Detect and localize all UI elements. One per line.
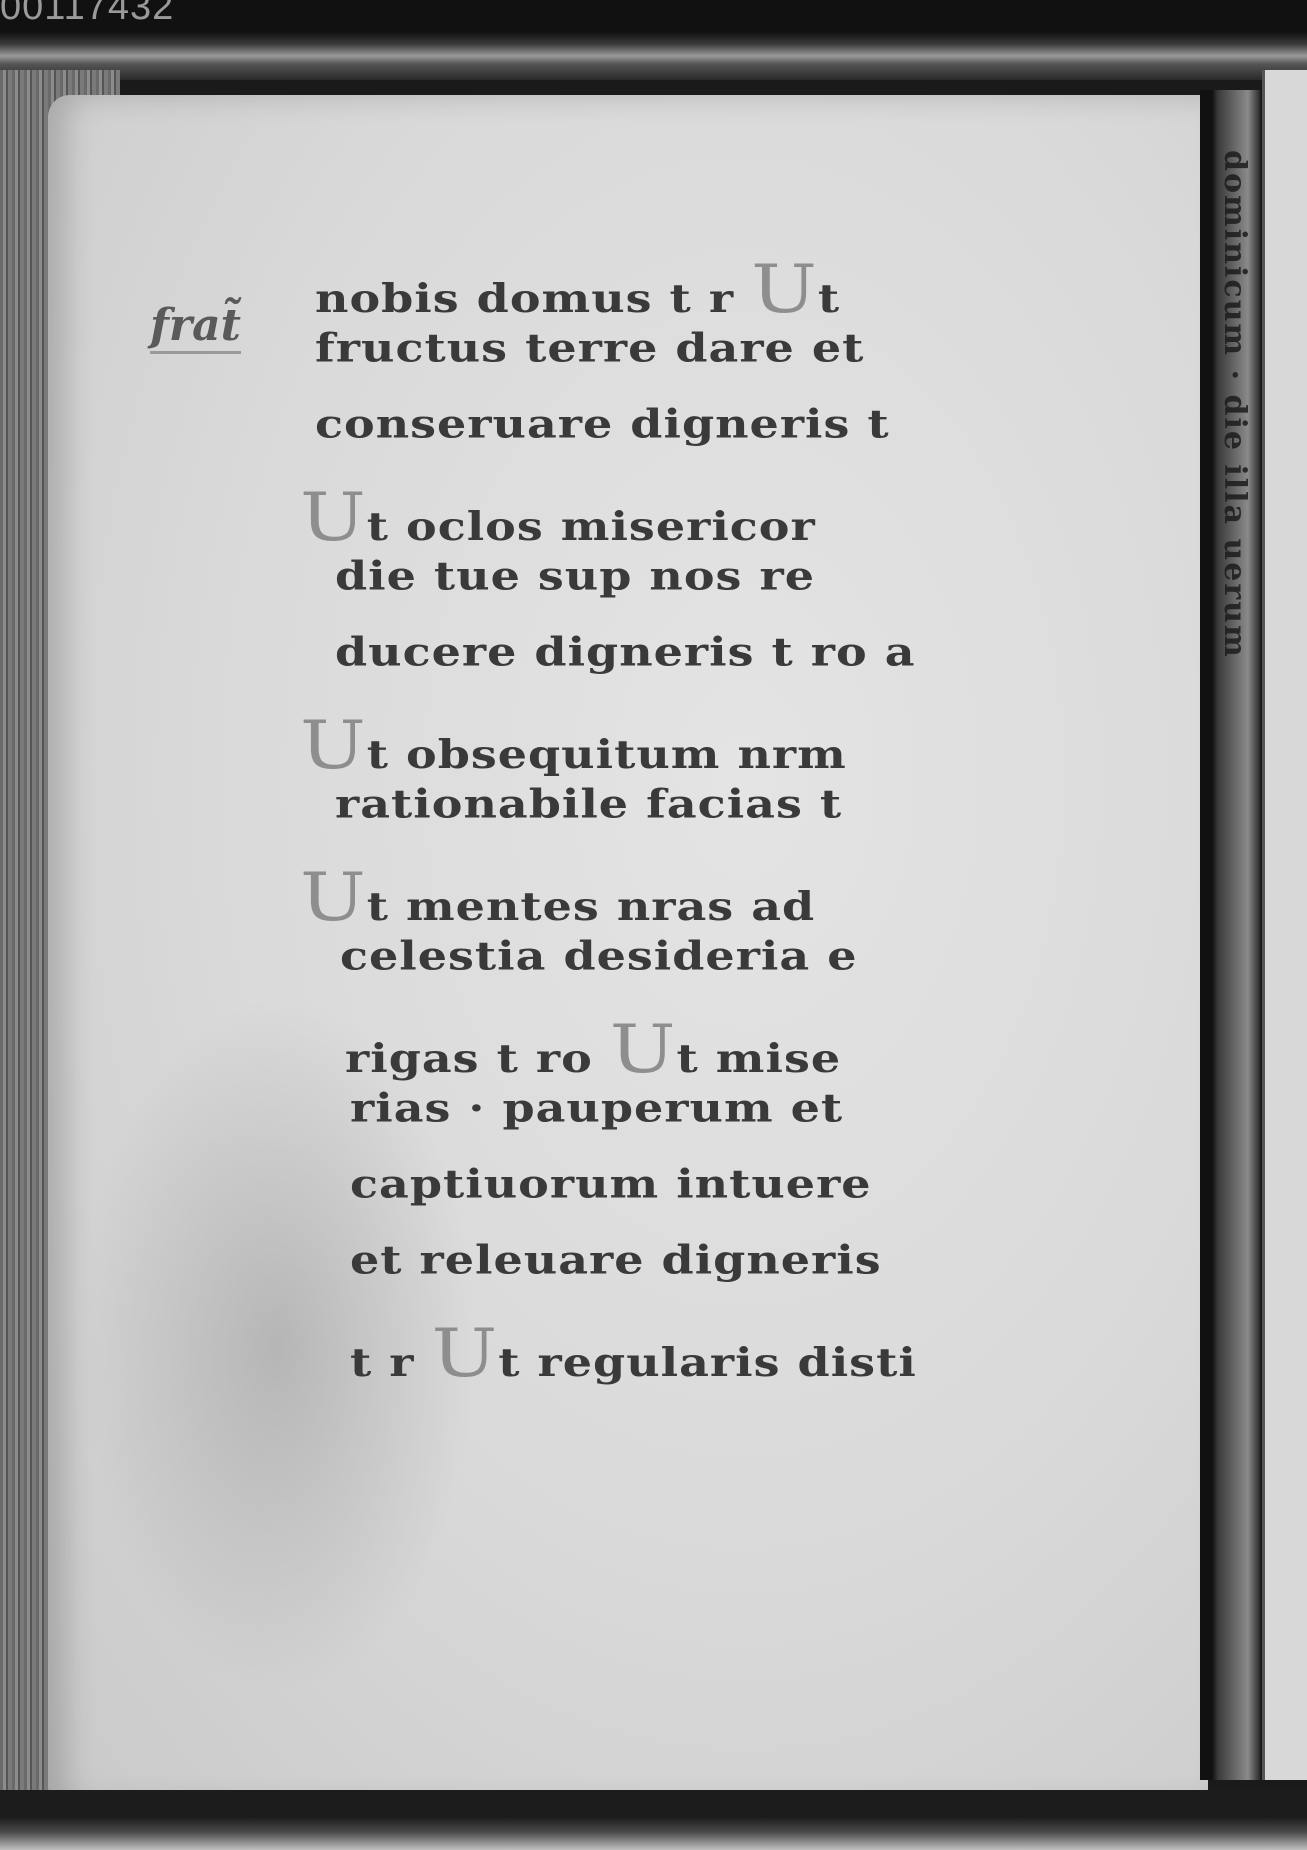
- line-text: ducere digneris t ro a: [335, 629, 916, 675]
- line-text: t r: [350, 1340, 432, 1386]
- manuscript-line: Ut mentes nras ad: [300, 860, 815, 937]
- facing-page-edge: [1262, 70, 1307, 1780]
- manuscript-line: nobis domus t r Ut: [315, 252, 840, 329]
- catalog-number: 00117432: [0, 0, 174, 29]
- rubric-initial: U: [300, 860, 367, 937]
- line-text-continued: t mise: [677, 1036, 842, 1082]
- manuscript-line: rias · pauperum et: [350, 1085, 843, 1131]
- rubric-initial: U: [300, 708, 367, 785]
- line-text: t oclos misericor: [367, 504, 816, 550]
- line-text: rationabile facias t: [335, 781, 842, 827]
- rubric-initial: U: [432, 1316, 499, 1393]
- manuscript-line: t r Ut regularis disti: [350, 1316, 917, 1393]
- manuscript-line: celestia desideria e: [340, 933, 858, 979]
- line-text: t obsequitum nrm: [367, 732, 847, 778]
- manuscript-line: fructus terre dare et: [315, 325, 864, 371]
- manuscript-line: die tue sup nos re: [335, 553, 815, 599]
- line-text: rias · pauperum et: [350, 1085, 843, 1131]
- line-text-continued: t regularis disti: [498, 1340, 917, 1386]
- line-text: fructus terre dare et: [315, 325, 864, 371]
- line-text: t mentes nras ad: [367, 884, 815, 930]
- marginal-note: frat̃: [150, 300, 241, 354]
- manuscript-line: rationabile facias t: [335, 781, 842, 827]
- line-text: conseruare digneris t: [315, 401, 890, 447]
- line-text: captiuorum intuere: [350, 1161, 872, 1207]
- book-top-edge: [0, 0, 1307, 80]
- manuscript-line: conseruare digneris t: [315, 401, 890, 447]
- line-text-continued: t: [818, 276, 840, 322]
- line-text: die tue sup nos re: [335, 553, 815, 599]
- rubric-initial: U: [751, 252, 818, 329]
- line-text: rigas t ro: [345, 1036, 610, 1082]
- line-text: celestia desideria e: [340, 933, 858, 979]
- spine-text: dominicum · die illa uerum: [1212, 150, 1252, 1650]
- manuscript-line: rigas t ro Ut mise: [345, 1012, 841, 1089]
- manuscript-line: ducere digneris t ro a: [335, 629, 916, 675]
- line-text: nobis domus t r: [315, 276, 751, 322]
- rubric-initial: U: [610, 1012, 677, 1089]
- manuscript-line: Ut oclos misericor: [300, 480, 816, 557]
- manuscript-line: captiuorum intuere: [350, 1161, 872, 1207]
- manuscript-line: et releuare digneris: [350, 1237, 882, 1283]
- manuscript-line: Ut obsequitum nrm: [300, 708, 847, 785]
- book-bottom-edge: [0, 1790, 1307, 1850]
- rubric-initial: U: [300, 480, 367, 557]
- line-text: et releuare digneris: [350, 1237, 882, 1283]
